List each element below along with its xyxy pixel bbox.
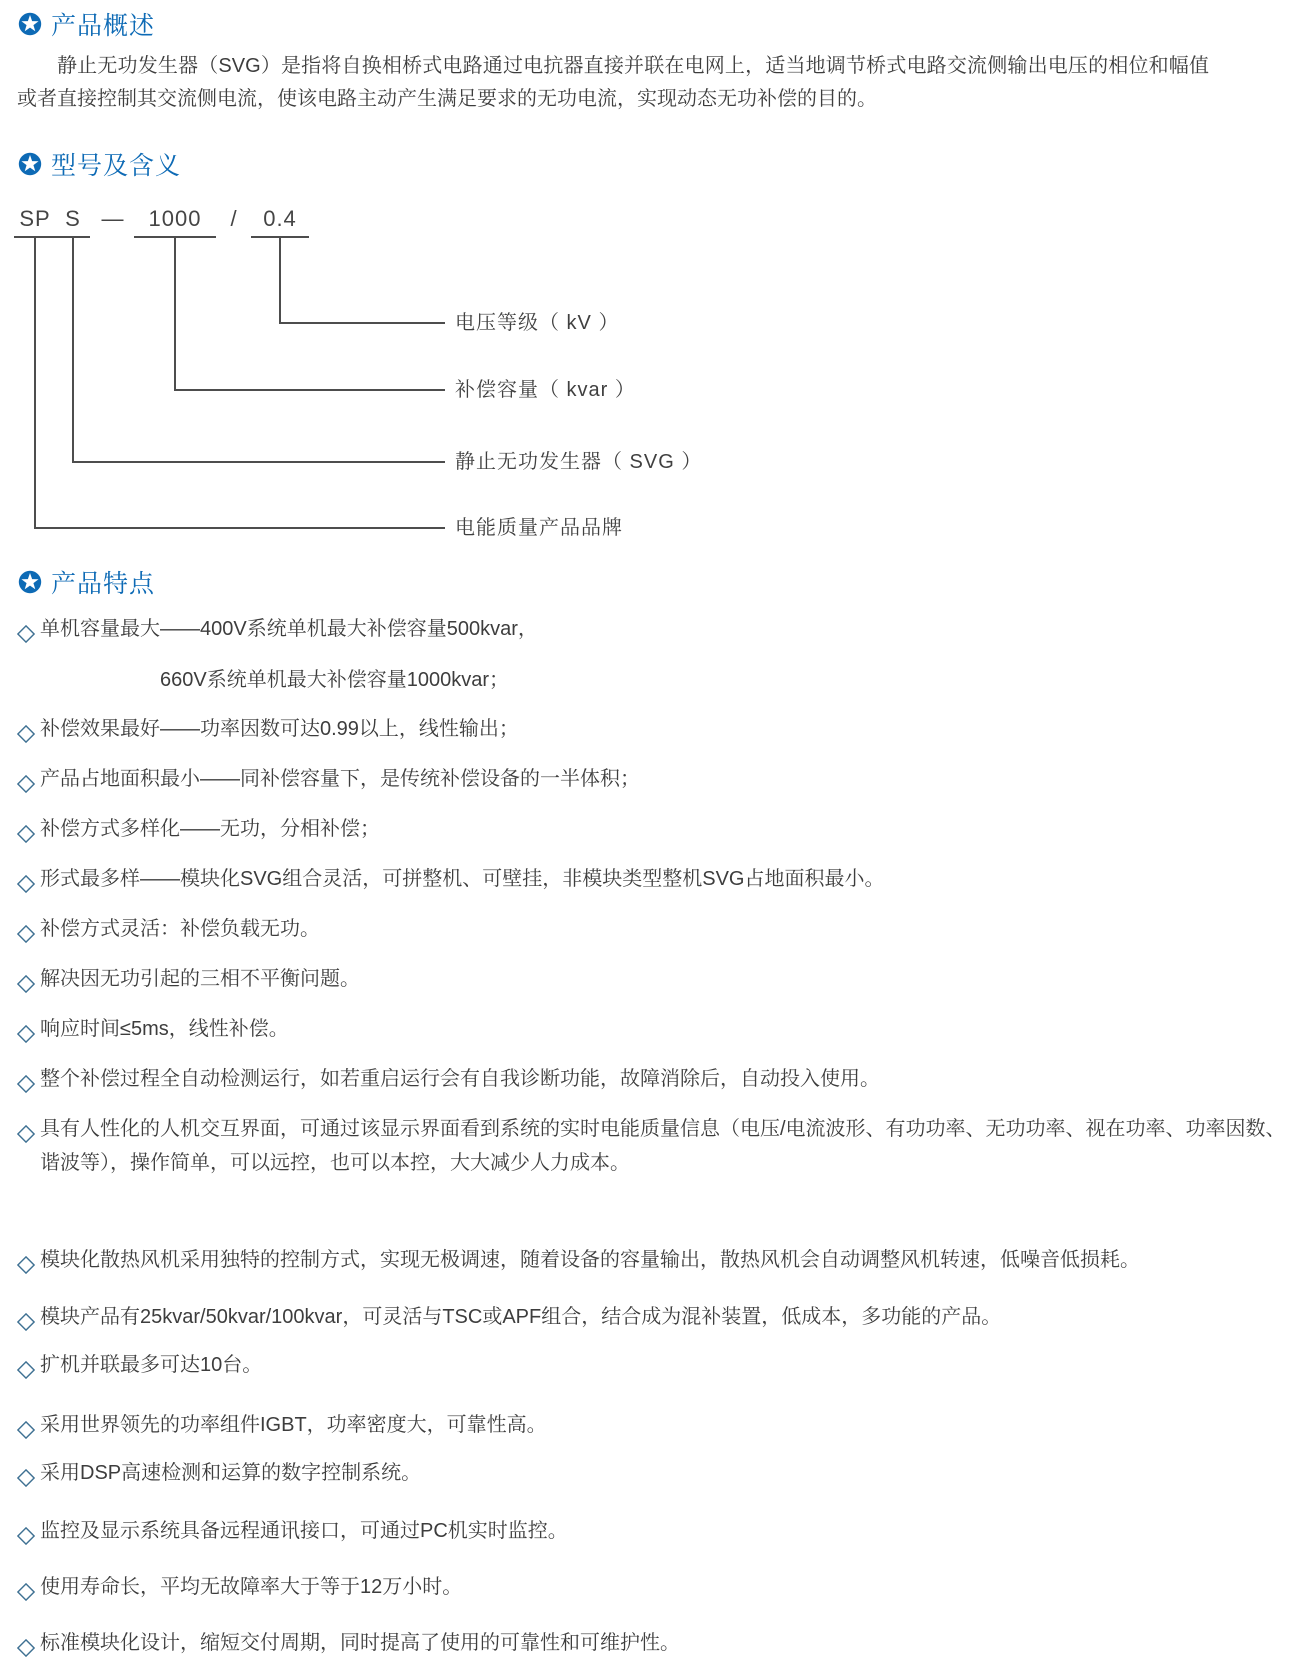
connector-line-svg [73, 238, 445, 462]
feature-item: 模块产品有25kvar/50kvar/100kvar，可灵活与TSC或APF组合… [17, 1300, 1287, 1334]
connector-line-brand [35, 238, 445, 528]
feature-item: 补偿方式灵活：补偿负载无功。 [17, 912, 1287, 946]
feature-item: 补偿效果最好——功率因数可达0.99以上，线性输出； [17, 712, 1287, 746]
diamond-icon [17, 920, 35, 938]
feature-text: 标准模块化设计，缩短交付周期，同时提高了使用的可靠性和可维护性。 [40, 1632, 680, 1654]
feature-text: 产品占地面积最小——同补偿容量下，是传统补偿设备的一半体积； [40, 768, 640, 790]
connector-line-voltage [280, 238, 445, 323]
feature-text: 响应时间≤5ms，线性补偿。 [40, 1018, 289, 1040]
model-code-part: S [56, 204, 90, 238]
diamond-icon [17, 970, 35, 988]
diamond-icon [17, 620, 35, 638]
feature-text: 监控及显示系统具备远程通讯接口，可通过PC机实时监控。 [40, 1520, 568, 1542]
feature-text: 整个补偿过程全自动检测运行，如若重启运行会有自我诊断功能，故障消除后，自动投入使… [40, 1068, 880, 1090]
diamond-icon [17, 820, 35, 838]
section-header-model: 型号及含义 [18, 148, 1300, 180]
feature-text-continuation: 660V系统单机最大补偿容量1000kvar； [40, 663, 1287, 697]
feature-text: 补偿方式多样化——无功，分相补偿； [40, 818, 380, 840]
feature-item: 采用世界领先的功率组件IGBT，功率密度大，可靠性高。 [17, 1408, 1287, 1442]
diamond-icon [17, 1522, 35, 1540]
feature-text: 采用DSP高速检测和运算的数字控制系统。 [40, 1462, 421, 1484]
feature-text: 具有人性化的人机交互界面，可通过该显示界面看到系统的实时电能质量信息（电压/电流… [40, 1118, 1286, 1174]
diamond-icon [17, 770, 35, 788]
features-list: 单机容量最大——400V系统单机最大补偿容量500kvar， 660V系统单机最… [17, 612, 1287, 1660]
product-document-page: 产品概述 静止无功发生器（SVG）是指将自换相桥式电路通过电抗器直接并联在电网上… [0, 0, 1300, 1670]
feature-item: 整个补偿过程全自动检测运行，如若重启运行会有自我诊断功能，故障消除后，自动投入使… [17, 1062, 1287, 1096]
feature-text: 扩机并联最多可达10台。 [40, 1354, 262, 1376]
section-title-features: 产品特点 [51, 564, 155, 600]
diamond-icon [17, 1634, 35, 1652]
feature-item: 使用寿命长，平均无故障率大于等于12万小时。 [17, 1570, 1287, 1604]
diamond-icon [17, 1251, 35, 1269]
star-circle-icon [18, 12, 42, 36]
feature-text: 单机容量最大——400V系统单机最大补偿容量500kvar， [40, 618, 538, 640]
feature-item: 单机容量最大——400V系统单机最大补偿容量500kvar， 660V系统单机最… [17, 612, 1287, 697]
feature-item: 采用DSP高速检测和运算的数字控制系统。 [17, 1456, 1287, 1490]
model-code-part: 0.4 [251, 204, 309, 238]
feature-item: 监控及显示系统具备远程通讯接口，可通过PC机实时监控。 [17, 1514, 1287, 1548]
star-circle-icon [18, 570, 42, 594]
connector-label: 电压等级（ kV ） [455, 310, 619, 336]
diamond-icon [17, 870, 35, 888]
diamond-icon [17, 1020, 35, 1038]
feature-item: 形式最多样——模块化SVG组合灵活，可拼整机、可壁挂，非模块类型整机SVG占地面… [17, 862, 1287, 896]
diamond-icon [17, 1356, 35, 1374]
section-title-overview: 产品概述 [51, 6, 155, 42]
feature-item: 响应时间≤5ms，线性补偿。 [17, 1012, 1287, 1046]
overview-paragraph: 静止无功发生器（SVG）是指将自换相桥式电路通过电抗器直接并联在电网上，适当地调… [17, 50, 1209, 116]
connector-label: 补偿容量（ kvar ） [455, 377, 636, 403]
feature-text: 形式最多样——模块化SVG组合灵活，可拼整机、可壁挂，非模块类型整机SVG占地面… [40, 868, 884, 890]
feature-item: 模块化散热风机采用独特的控制方式，实现无极调速，随着设备的容量输出，散热风机会自… [17, 1243, 1287, 1277]
model-code-part: 1000 [134, 204, 216, 238]
connector-line-capacity [175, 238, 445, 390]
connector-label: 静止无功发生器（ SVG ） [455, 449, 702, 475]
feature-text: 模块产品有25kvar/50kvar/100kvar，可灵活与TSC或APF组合… [40, 1306, 1001, 1328]
feature-item: 产品占地面积最小——同补偿容量下，是传统补偿设备的一半体积； [17, 762, 1287, 796]
section-header-overview: 产品概述 [18, 8, 1300, 40]
feature-item: 扩机并联最多可达10台。 [17, 1348, 1287, 1382]
star-circle-icon [18, 152, 42, 176]
feature-text: 模块化散热风机采用独特的控制方式，实现无极调速，随着设备的容量输出，散热风机会自… [40, 1249, 1140, 1271]
model-code-part: SP [14, 204, 56, 238]
model-meaning-diagram: SPS—1000/0.4 电压等级（ kV ）补偿容量（ kvar ）静止无功发… [0, 190, 1300, 550]
feature-text: 采用世界领先的功率组件IGBT，功率密度大，可靠性高。 [40, 1414, 547, 1436]
model-code-part: — [96, 204, 130, 236]
diamond-icon [17, 1578, 35, 1596]
feature-text: 补偿方式灵活：补偿负载无功。 [40, 918, 320, 940]
section-header-features: 产品特点 [18, 566, 1300, 598]
diamond-icon [17, 1120, 35, 1138]
feature-text: 解决因无功引起的三相不平衡问题。 [40, 968, 360, 990]
feature-item: 解决因无功引起的三相不平衡问题。 [17, 962, 1287, 996]
feature-text: 使用寿命长，平均无故障率大于等于12万小时。 [40, 1576, 462, 1598]
diamond-icon [17, 1070, 35, 1088]
model-code-part: / [222, 204, 246, 236]
feature-item: 具有人性化的人机交互界面，可通过该显示界面看到系统的实时电能质量信息（电压/电流… [17, 1112, 1287, 1180]
connector-label: 电能质量产品品牌 [455, 515, 623, 541]
feature-text: 补偿效果最好——功率因数可达0.99以上，线性输出； [40, 718, 519, 740]
diamond-icon [17, 1308, 35, 1326]
connector-lines [0, 190, 1300, 550]
feature-item: 标准模块化设计，缩短交付周期，同时提高了使用的可靠性和可维护性。 [17, 1626, 1287, 1660]
diamond-icon [17, 1416, 35, 1434]
diamond-icon [17, 1464, 35, 1482]
section-title-model: 型号及含义 [51, 146, 181, 182]
feature-item: 补偿方式多样化——无功，分相补偿； [17, 812, 1287, 846]
diamond-icon [17, 720, 35, 738]
